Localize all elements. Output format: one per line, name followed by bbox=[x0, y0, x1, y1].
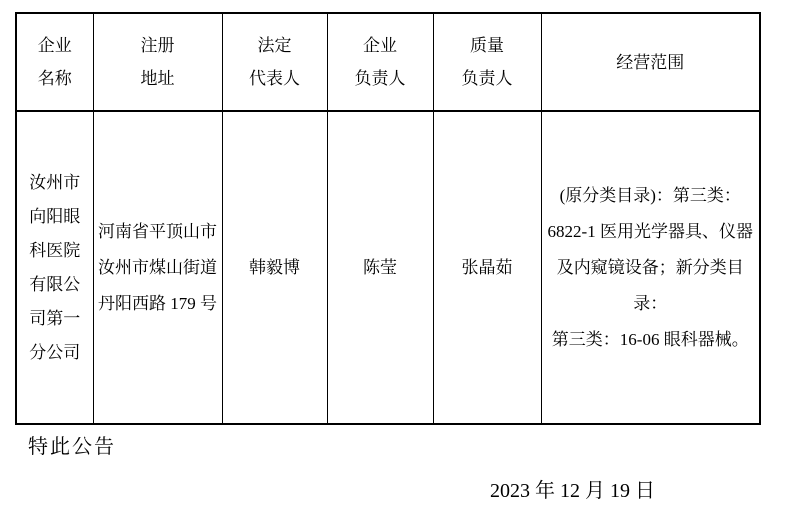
company-info-table: 企业 名称 注册 地址 法定 代表人 企业 负责人 质量 负责人 经营范围 汝州… bbox=[15, 12, 761, 425]
announcement-document: { "page": { "background_color": "#ffffff… bbox=[0, 0, 785, 525]
table-row: 汝州市 向阳眼 科医院 有限公 司第一 分公司 河南省平顶山市 汝州市煤山街道 … bbox=[16, 111, 760, 424]
table-header-row: 企业 名称 注册 地址 法定 代表人 企业 负责人 质量 负责人 经营范围 bbox=[16, 13, 760, 111]
cell-business-scope: (原分类目录)：第三类： 6822-1 医用光学器具、仪器 及内窥镜设备；新分类… bbox=[541, 111, 760, 424]
cell-company-principal: 陈莹 bbox=[327, 111, 433, 424]
header-company-name: 企业 名称 bbox=[16, 13, 93, 111]
header-registered-address: 注册 地址 bbox=[93, 13, 222, 111]
header-legal-representative: 法定 代表人 bbox=[222, 13, 327, 111]
header-company-principal: 企业 负责人 bbox=[327, 13, 433, 111]
cell-legal-representative: 韩毅博 bbox=[222, 111, 327, 424]
document-date: 2023 年 12 月 19 日 bbox=[490, 474, 655, 503]
cell-company-name: 汝州市 向阳眼 科医院 有限公 司第一 分公司 bbox=[16, 111, 93, 424]
header-quality-principal: 质量 负责人 bbox=[433, 13, 541, 111]
cell-registered-address: 河南省平顶山市 汝州市煤山街道 丹阳西路 179 号 bbox=[93, 111, 222, 424]
announcement-text: 特此公告 bbox=[28, 430, 116, 459]
header-business-scope: 经营范围 bbox=[541, 13, 760, 111]
cell-quality-principal: 张晶茹 bbox=[433, 111, 541, 424]
